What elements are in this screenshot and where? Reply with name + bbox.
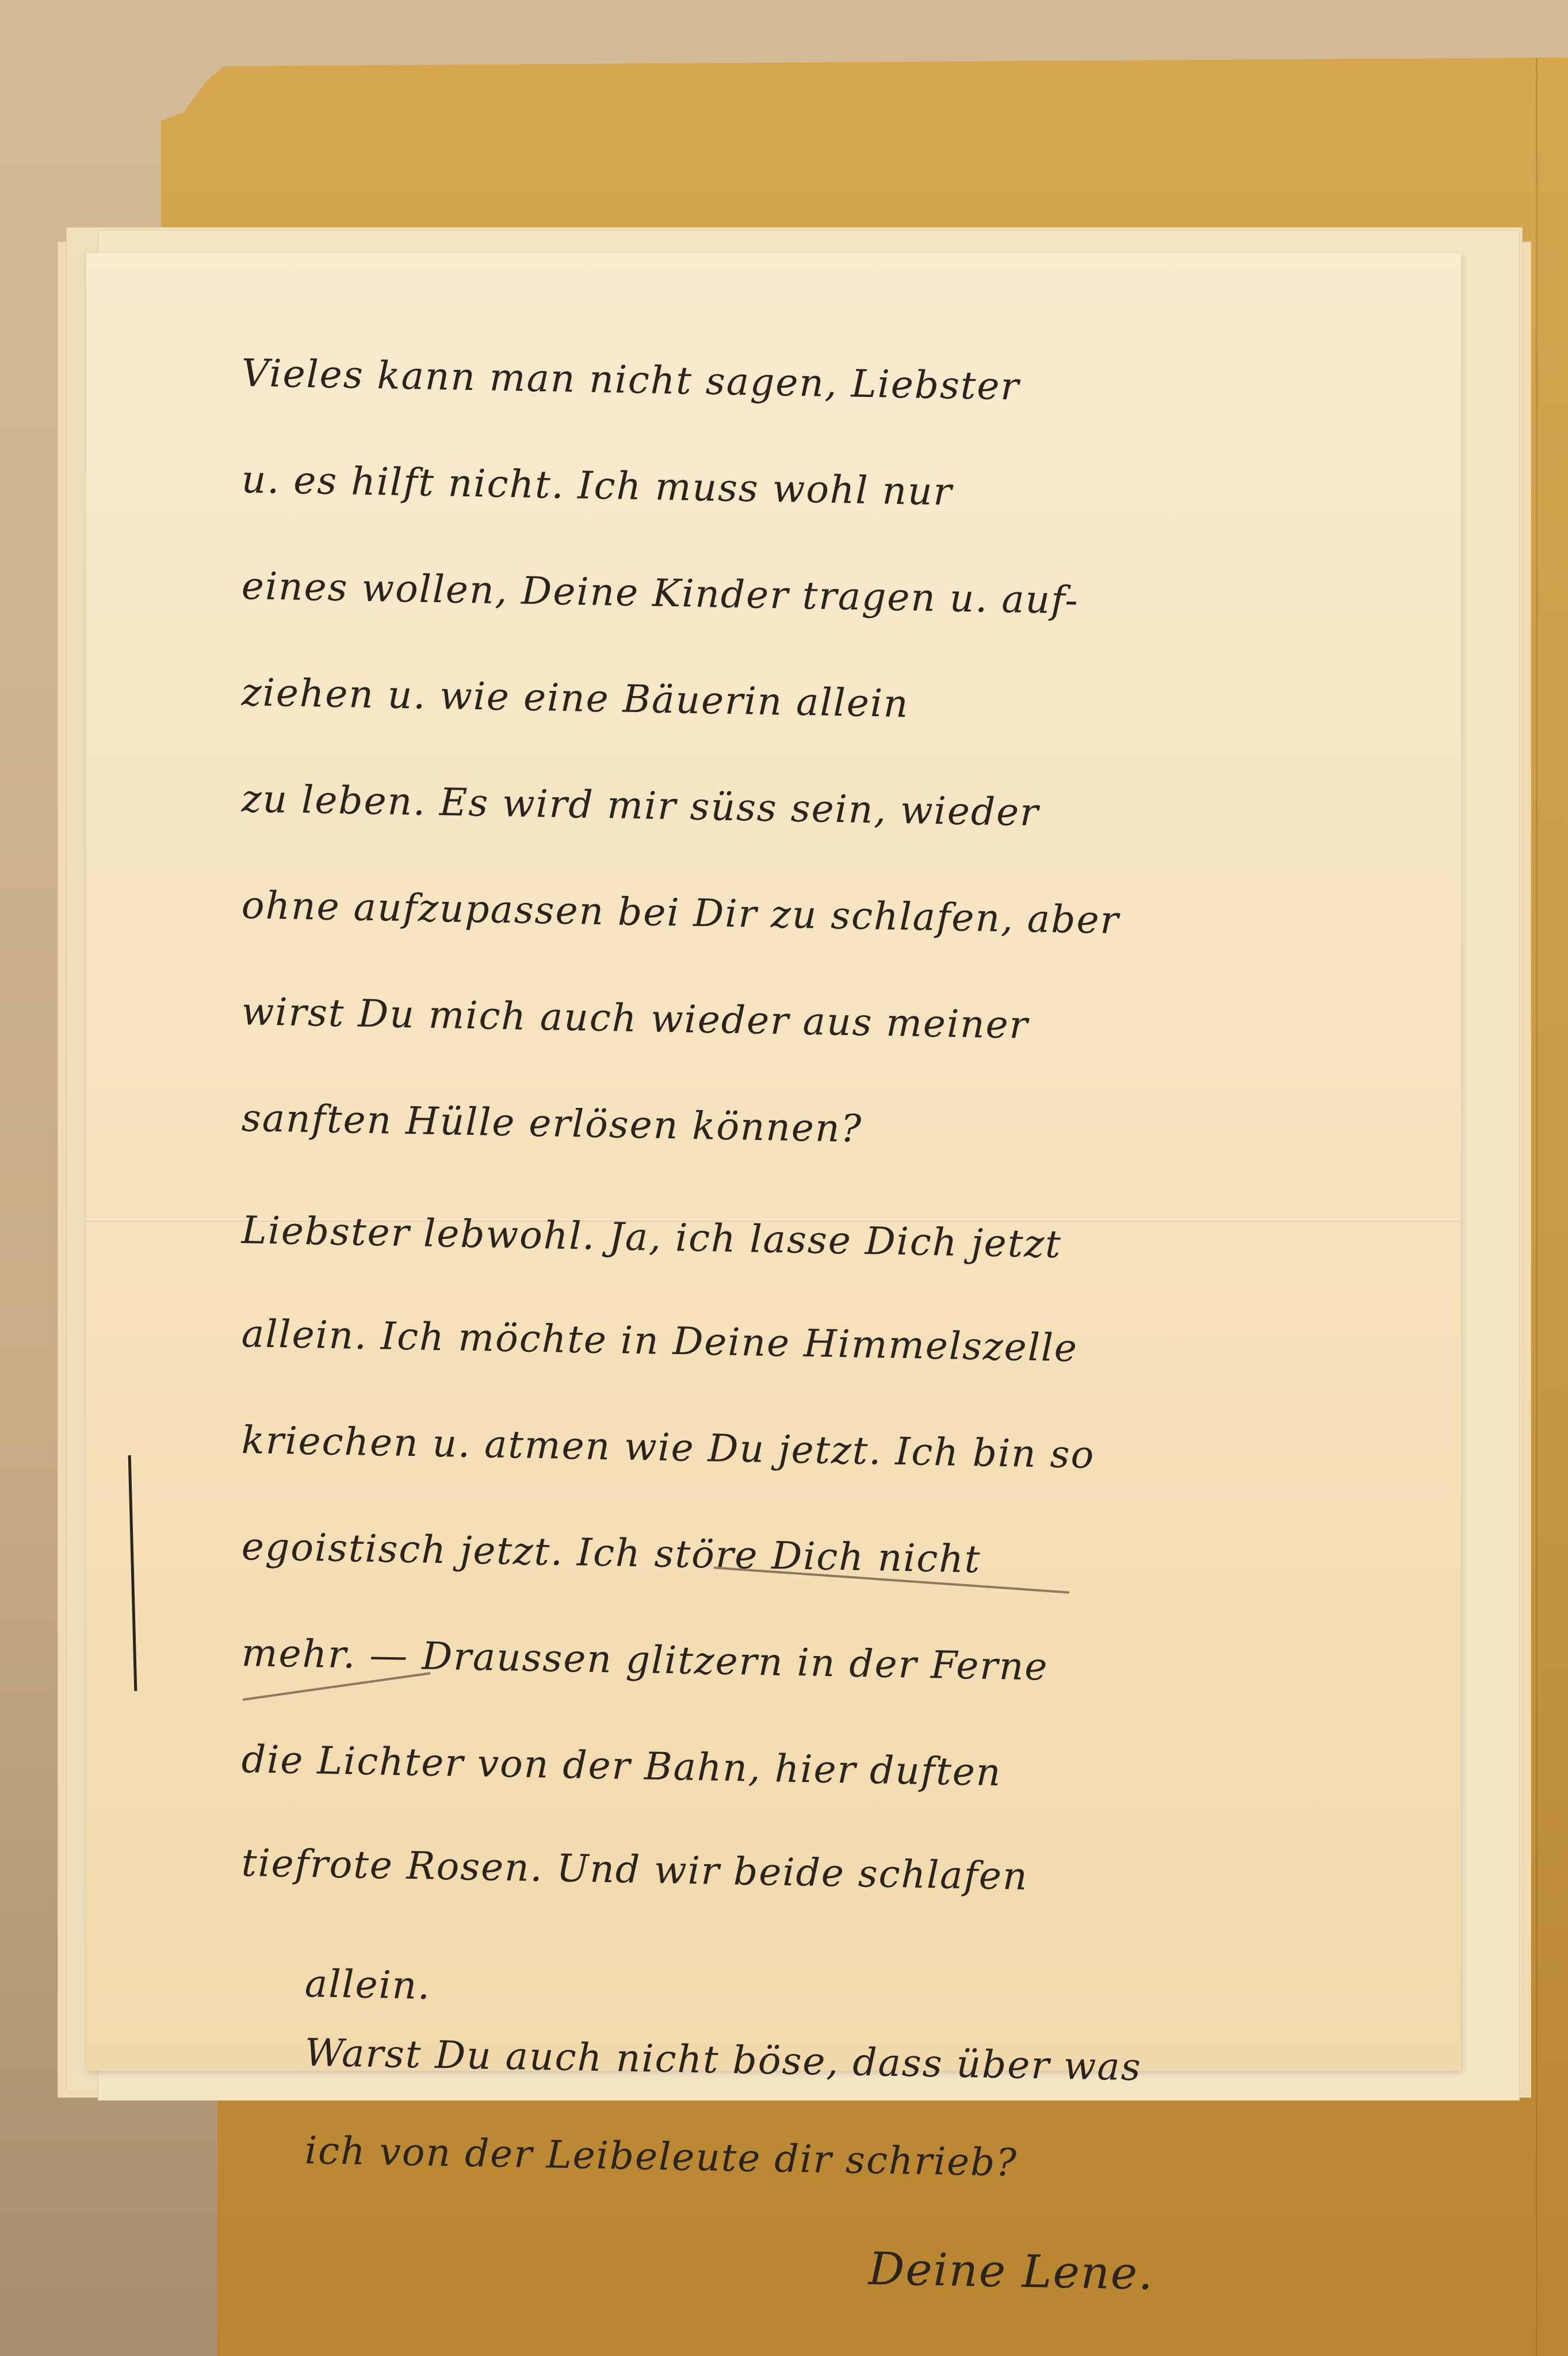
- letter-line: Liebster lebwohl. Ja, ich lasse Dich jet…: [241, 1208, 1062, 1267]
- letter-line: sanften Hülle erlösen können?: [241, 1096, 862, 1151]
- letter-line: tiefrote Rosen. Und wir beide schlafen: [241, 1841, 1028, 1899]
- letter-line: zu leben. Es wird mir süss sein, wieder: [241, 777, 1039, 835]
- letter-line: Vieles kann man nicht sagen, Liebster: [241, 351, 1020, 409]
- letter-line: kriechen u. atmen wie Du jetzt. Ich bin …: [241, 1418, 1095, 1477]
- letter-line: egoistisch jetzt. Ich störe Dich nicht: [241, 1524, 981, 1581]
- letter-line: die Lichter von der Bahn, hier duften: [241, 1737, 1002, 1795]
- letter-line: u. es hilft nicht. Ich muss wohl nur: [241, 457, 953, 514]
- letter-line: mehr. — Draussen glitzern in der Ferne: [241, 1631, 1049, 1689]
- folder-crease: [1536, 58, 1538, 2356]
- letter-line: eines wollen, Deine Kinder tragen u. auf…: [241, 564, 1079, 622]
- letter-line: allein. Ich möchte in Deine Himmelszelle: [241, 1311, 1078, 1370]
- letter-line: ohne aufzupassen bei Dir zu schlafen, ab…: [241, 883, 1120, 943]
- letter-line: wirst Du mich auch wieder aus meiner: [241, 989, 1029, 1047]
- letter-line: ziehen u. wie eine Bäuerin allein: [241, 670, 909, 726]
- letter-line: allein.: [304, 1961, 431, 2008]
- letter-page: Vieles kann man nicht sagen, Liebster u.…: [86, 253, 1461, 2071]
- signature: Deine Lene.: [868, 2243, 1154, 2300]
